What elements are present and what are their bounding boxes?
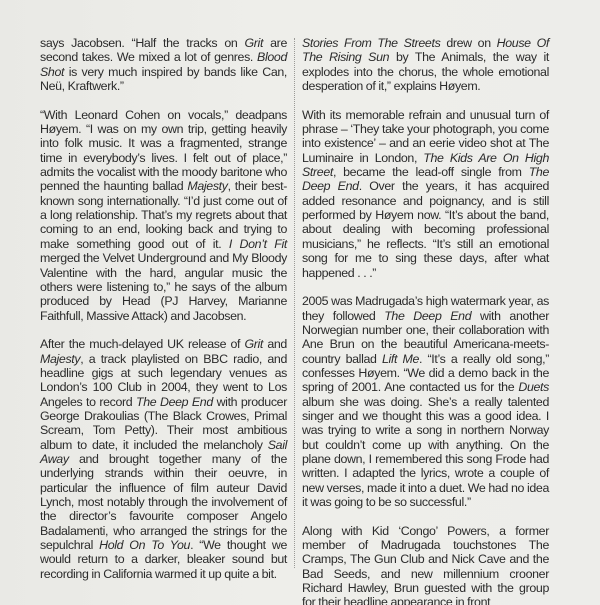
body-text: drew on — [440, 36, 496, 50]
paragraph: Along with Kid ‘Congo’ Powers, a former … — [302, 524, 549, 605]
italic-title-text: I Don’t Fit — [229, 237, 287, 251]
body-text: and — [263, 337, 287, 351]
italic-title-text: Stories From The Streets — [302, 36, 440, 50]
paragraph: With its memorable refrain and unusual t… — [302, 108, 549, 280]
body-text: , became the lead-off single from — [333, 165, 529, 179]
paragraph: 2005 was Madrugada’s high watermark year… — [302, 294, 549, 509]
italic-title-text: Hold On To You — [99, 538, 190, 552]
column-divider-dotted-rule — [294, 38, 295, 568]
italic-title-text: Grit — [244, 36, 263, 50]
right-text-column: Stories From The Streets drew on House O… — [302, 36, 549, 605]
paragraph: “With Leonard Cohen on vocals,” deadpans… — [40, 108, 287, 323]
left-text-column: says Jacobsen. “Half the tracks on Grit … — [40, 36, 287, 581]
italic-title-text: Lift Me — [382, 352, 419, 366]
body-text: album she was doing. She’s a really tale… — [302, 395, 549, 509]
body-text: is very much inspired by bands like Can,… — [40, 65, 287, 93]
paragraph: Stories From The Streets drew on House O… — [302, 36, 549, 93]
body-text: and brought together many of the underly… — [40, 452, 287, 552]
body-text: Along with Kid ‘Congo’ Powers, a former … — [302, 524, 549, 605]
body-text: After the much-delayed UK release of — [40, 337, 244, 351]
body-text: says Jacobsen. “Half the tracks on — [40, 36, 244, 50]
paragraph: says Jacobsen. “Half the tracks on Grit … — [40, 36, 287, 93]
italic-title-text: Majesty — [187, 179, 227, 193]
italic-title-text: Majesty — [40, 352, 80, 366]
italic-title-text: Duets — [518, 380, 549, 394]
italic-title-text: Grit — [244, 337, 263, 351]
body-text: . Over the years, it has acquired added … — [302, 179, 549, 279]
body-text: merged the Velvet Underground and My Blo… — [40, 251, 287, 322]
italic-title-text: The Deep End — [384, 309, 471, 323]
paragraph: After the much-delayed UK release of Gri… — [40, 337, 287, 581]
booklet-page: says Jacobsen. “Half the tracks on Grit … — [0, 0, 600, 605]
italic-title-text: The Deep End — [136, 395, 213, 409]
